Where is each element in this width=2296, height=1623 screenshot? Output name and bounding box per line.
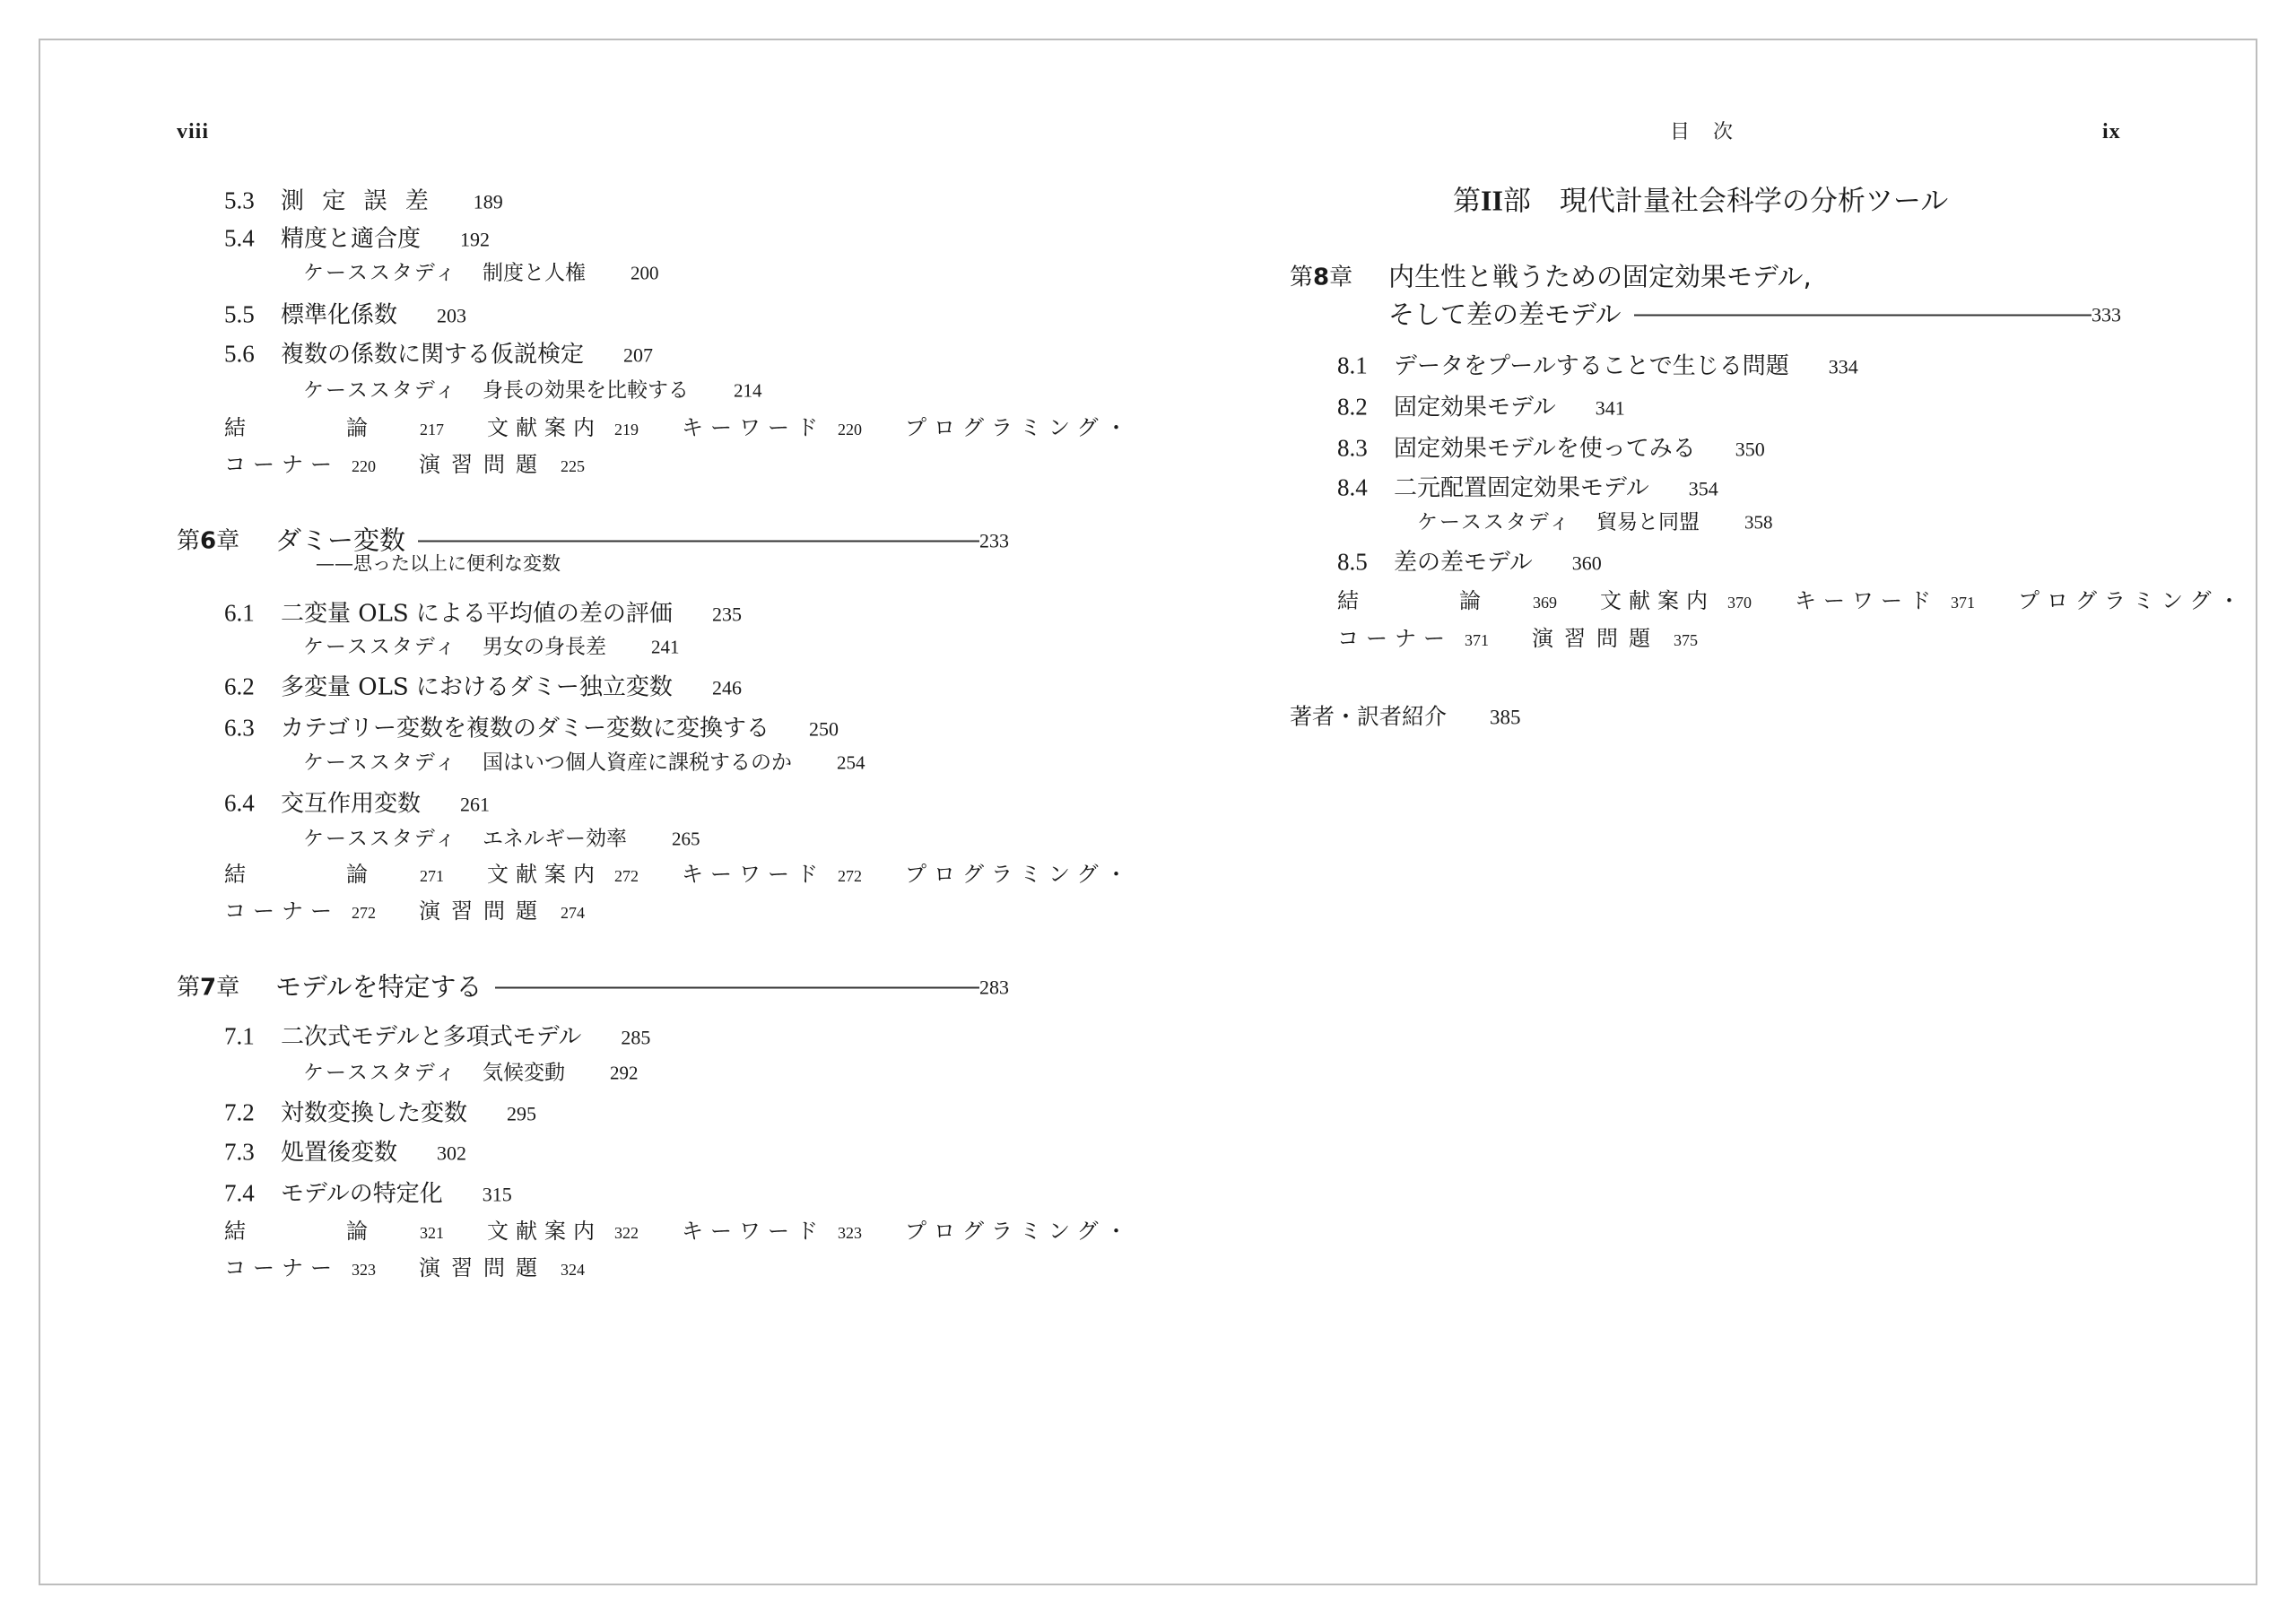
chapter-number: 第7章 xyxy=(177,976,275,999)
toc-case-study[interactable]: ケーススタディエネルギー効率265 xyxy=(303,829,700,850)
section-title: 固定効果モデル xyxy=(1394,395,1556,421)
section-number: 8.1 xyxy=(1337,354,1394,378)
toc-entry[interactable]: 5.3測 定 誤 差189 xyxy=(224,189,503,213)
page-ref: 246 xyxy=(712,677,742,699)
section-title: 固定効果モデルを使ってみる xyxy=(1394,436,1696,463)
toc-conclusion[interactable]: 結 論369 xyxy=(1337,590,1600,612)
page-ref: 360 xyxy=(1572,552,1602,575)
chapter-end-items: コーナー323演習問題324 xyxy=(224,1257,628,1279)
page-ref: 358 xyxy=(1744,512,1773,534)
toc-conclusion[interactable]: 結 論217 xyxy=(224,417,487,438)
toc-keywords[interactable]: キーワード371 xyxy=(1795,590,2018,612)
toc-keywords[interactable]: キーワード323 xyxy=(682,1220,905,1242)
section-title: 処置後変数 xyxy=(281,1140,397,1167)
section-title: 測 定 誤 差 xyxy=(281,188,434,215)
section-number: 5.5 xyxy=(224,303,281,327)
chapter-end-items: コーナー272演習問題274 xyxy=(224,900,628,922)
toc-entry[interactable]: 8.2固定効果モデル341 xyxy=(1337,395,1625,420)
section-title: 差の差モデル xyxy=(1394,550,1533,577)
part-number: 第II部 xyxy=(1453,186,1531,218)
section-title: 二元配置固定効果モデル xyxy=(1394,475,1649,502)
toc-entry[interactable]: 6.3カテゴリー変数を複数のダミー変数に変換する250 xyxy=(224,716,839,741)
toc-programming-corner[interactable]: コーナー272 xyxy=(224,900,419,922)
toc-programming-corner[interactable]: コーナー371 xyxy=(1337,628,1532,649)
toc-case-study[interactable]: ケーススタディ身長の効果を比較する214 xyxy=(303,381,762,402)
toc-entry[interactable]: 8.5差の差モデル360 xyxy=(1337,551,1602,575)
toc-case-study[interactable]: ケーススタディ国はいつ個人資産に課税するのか254 xyxy=(303,753,865,774)
toc-entry[interactable]: 8.1データをプールすることで生じる問題334 xyxy=(1337,354,1858,378)
toc-programming-corner[interactable]: プログラミング・ xyxy=(905,417,1135,438)
toc-exercises[interactable]: 演習問題324 xyxy=(419,1257,628,1279)
chapter-title-line2: そして差の差モデル xyxy=(1388,302,1622,328)
toc-exercises[interactable]: 演習問題225 xyxy=(419,454,628,475)
toc-keywords[interactable]: キーワード220 xyxy=(682,417,905,438)
case-study-tag: ケーススタディ xyxy=(303,751,457,775)
toc-entry[interactable]: 7.1二次式モデルと多項式モデル285 xyxy=(224,1025,650,1049)
section-title: 精度と適合度 xyxy=(281,226,421,253)
chapter-title: ダミー変数 xyxy=(275,528,405,554)
page-number-right: ix xyxy=(2102,121,2121,143)
authors-title: 著者・訳者紹介 xyxy=(1290,704,1447,730)
chapter-end-items: 結 論321文献案内322キーワード323プログラミング・ xyxy=(224,1220,1135,1242)
toc-readings[interactable]: 文献案内272 xyxy=(487,864,682,885)
toc-entry[interactable]: 7.4モデルの特定化315 xyxy=(224,1182,512,1206)
leader-rule xyxy=(495,986,979,988)
toc-case-study[interactable]: ケーススタディ貿易と同盟358 xyxy=(1417,513,1773,534)
section-number: 6.3 xyxy=(224,716,281,741)
toc-conclusion[interactable]: 結 論321 xyxy=(224,1220,487,1242)
section-title: 対数変換した変数 xyxy=(281,1100,467,1127)
page-ref: 334 xyxy=(1829,356,1858,378)
toc-programming-corner[interactable]: プログラミング・ xyxy=(905,864,1135,885)
chapter-end-items: コーナー371演習問題375 xyxy=(1337,628,1741,649)
page-ref: 285 xyxy=(621,1027,650,1049)
case-study-title: エネルギー効率 xyxy=(483,828,627,851)
case-study-title: 男女の身長差 xyxy=(483,636,606,659)
case-study-title: 身長の効果を比較する xyxy=(483,379,689,403)
section-title: カテゴリー変数を複数のダミー変数に変換する xyxy=(281,716,770,742)
part-heading[interactable]: 第II部現代計量社会科学の分析ツール xyxy=(1453,187,1948,216)
page-ref: 341 xyxy=(1596,397,1625,420)
section-title: 交互作用変数 xyxy=(281,791,421,818)
section-number: 5.6 xyxy=(224,343,281,367)
toc-programming-corner[interactable]: コーナー220 xyxy=(224,454,419,475)
section-title: 複数の係数に関する仮説検定 xyxy=(281,342,584,369)
page-ref: 315 xyxy=(483,1184,512,1206)
toc-exercises[interactable]: 演習問題375 xyxy=(1532,628,1741,649)
chapter-number: 第6章 xyxy=(177,529,275,552)
chapter-heading-7[interactable]: 第7章モデルを特定する283 xyxy=(177,975,1009,1001)
section-number: 6.2 xyxy=(224,675,281,699)
case-study-tag: ケーススタディ xyxy=(303,828,457,851)
section-title: データをプールすることで生じる問題 xyxy=(1394,353,1789,380)
case-study-tag: ケーススタディ xyxy=(303,262,457,285)
toc-entry[interactable]: 6.2多変量 OLS におけるダミー独立変数246 xyxy=(224,675,742,699)
toc-conclusion[interactable]: 結 論271 xyxy=(224,864,487,885)
toc-programming-corner[interactable]: プログラミング・ xyxy=(905,1220,1135,1242)
toc-entry[interactable]: 5.5標準化係数203 xyxy=(224,303,466,327)
toc-programming-corner[interactable]: コーナー323 xyxy=(224,1257,419,1279)
page-ref: 354 xyxy=(1689,478,1718,500)
chapter-page: 283 xyxy=(979,977,1009,997)
section-number: 8.5 xyxy=(1337,551,1394,575)
running-head: 目次 xyxy=(1670,122,1756,142)
chapter-heading-8[interactable]: 第8章内生性と戦うための固定効果モデル, xyxy=(1290,265,1812,291)
toc-readings[interactable]: 文献案内322 xyxy=(487,1220,682,1242)
toc-entry[interactable]: 6.4交互作用変数261 xyxy=(224,792,490,816)
section-number: 7.1 xyxy=(224,1025,281,1049)
toc-entry[interactable]: 5.4精度と適合度192 xyxy=(224,227,490,251)
page-ref: 385 xyxy=(1490,707,1521,729)
chapter-end-items: 結 論217文献案内219キーワード220プログラミング・ xyxy=(224,417,1135,438)
case-study-title: 制度と人権 xyxy=(483,262,586,285)
page-ref: 295 xyxy=(507,1103,536,1125)
section-number: 7.2 xyxy=(224,1101,281,1125)
toc-entry[interactable]: 5.6複数の係数に関する仮説検定207 xyxy=(224,343,653,367)
chapter-end-items: コーナー220演習問題225 xyxy=(224,454,628,475)
chapter-heading-6[interactable]: 第6章ダミー変数233 xyxy=(177,528,1009,554)
leader-rule xyxy=(1634,314,2092,316)
chapter-page: 333 xyxy=(2092,305,2121,325)
toc-case-study[interactable]: ケーススタディ制度と人権200 xyxy=(303,264,659,284)
section-number: 6.4 xyxy=(224,792,281,816)
section-number: 7.3 xyxy=(224,1141,281,1165)
toc-keywords[interactable]: キーワード272 xyxy=(682,864,905,885)
page-ref: 265 xyxy=(672,829,700,850)
page-ref: 192 xyxy=(460,229,490,251)
toc-case-study[interactable]: ケーススタディ気候変動292 xyxy=(303,1063,639,1084)
page-ref: 261 xyxy=(460,794,490,816)
toc-entry[interactable]: 7.2対数変換した変数295 xyxy=(224,1101,536,1125)
section-number: 7.4 xyxy=(224,1182,281,1206)
page-ref: 254 xyxy=(837,752,865,774)
toc-entry[interactable]: 7.3処置後変数302 xyxy=(224,1141,466,1165)
case-study-tag: ケーススタディ xyxy=(303,636,457,659)
page-ref: 235 xyxy=(712,603,742,626)
section-title: 二変量 OLS による平均値の差の評価 xyxy=(281,601,673,628)
toc-readings[interactable]: 文献案内370 xyxy=(1600,590,1795,612)
page-ref: 350 xyxy=(1735,438,1765,461)
toc-entry[interactable]: 8.4二元配置固定効果モデル354 xyxy=(1337,476,1718,500)
page-ref: 189 xyxy=(474,191,503,213)
section-title: 二次式モデルと多項式モデル xyxy=(281,1024,581,1051)
leader-rule xyxy=(418,540,979,542)
chapter-title-line1: 内生性と戦うための固定効果モデル, xyxy=(1388,265,1812,291)
page-number-left: viii xyxy=(177,121,209,143)
toc-readings[interactable]: 文献案内219 xyxy=(487,417,682,438)
case-study-title: 国はいつ個人資産に課税するのか xyxy=(483,751,792,775)
case-study-title: 気候変動 xyxy=(483,1062,565,1085)
toc-programming-corner[interactable]: プログラミング・ xyxy=(2018,590,2248,612)
chapter-heading-8-cont[interactable]: そして差の差モデル333 xyxy=(1388,302,2121,328)
section-number: 8.2 xyxy=(1337,395,1394,420)
page-ref: 292 xyxy=(610,1063,639,1084)
section-number: 5.4 xyxy=(224,227,281,251)
section-number: 8.3 xyxy=(1337,437,1394,461)
page-ref: 207 xyxy=(623,344,653,367)
case-study-tag: ケーススタディ xyxy=(303,379,457,403)
section-title: モデルの特定化 xyxy=(281,1181,443,1208)
case-study-title: 貿易と同盟 xyxy=(1596,511,1700,534)
toc-entry[interactable]: 8.3固定効果モデルを使ってみる350 xyxy=(1337,437,1765,461)
page-ref: 302 xyxy=(437,1142,466,1165)
section-number: 6.1 xyxy=(224,602,281,626)
chapter-subtitle: ——思った以上に便利な変数 xyxy=(316,555,561,574)
chapter-page: 233 xyxy=(979,531,1009,551)
toc-authors[interactable]: 著者・訳者紹介385 xyxy=(1290,706,1521,728)
section-number: 5.3 xyxy=(224,189,281,213)
page-ref: 250 xyxy=(809,718,839,741)
chapter-end-items: 結 論369文献案内370キーワード371プログラミング・ xyxy=(1337,590,2248,612)
page-ref: 214 xyxy=(734,380,762,402)
page-ref: 200 xyxy=(631,263,659,284)
toc-entry[interactable]: 6.1二変量 OLS による平均値の差の評価235 xyxy=(224,602,742,626)
toc-case-study[interactable]: ケーススタディ男女の身長差241 xyxy=(303,638,680,658)
section-title: 標準化係数 xyxy=(281,302,397,329)
chapter-end-items: 結 論271文献案内272キーワード272プログラミング・ xyxy=(224,864,1135,885)
page-ref: 203 xyxy=(437,305,466,327)
toc-exercises[interactable]: 演習問題274 xyxy=(419,900,628,922)
part-title: 現代計量社会科学の分析ツール xyxy=(1560,186,1948,218)
section-title: 多変量 OLS におけるダミー独立変数 xyxy=(281,674,673,701)
page-ref: 241 xyxy=(651,637,680,658)
chapter-number: 第8章 xyxy=(1290,265,1388,289)
section-number: 8.4 xyxy=(1337,476,1394,500)
case-study-tag: ケーススタディ xyxy=(1417,511,1571,534)
chapter-title: モデルを特定する xyxy=(275,975,483,1001)
case-study-tag: ケーススタディ xyxy=(303,1062,457,1085)
